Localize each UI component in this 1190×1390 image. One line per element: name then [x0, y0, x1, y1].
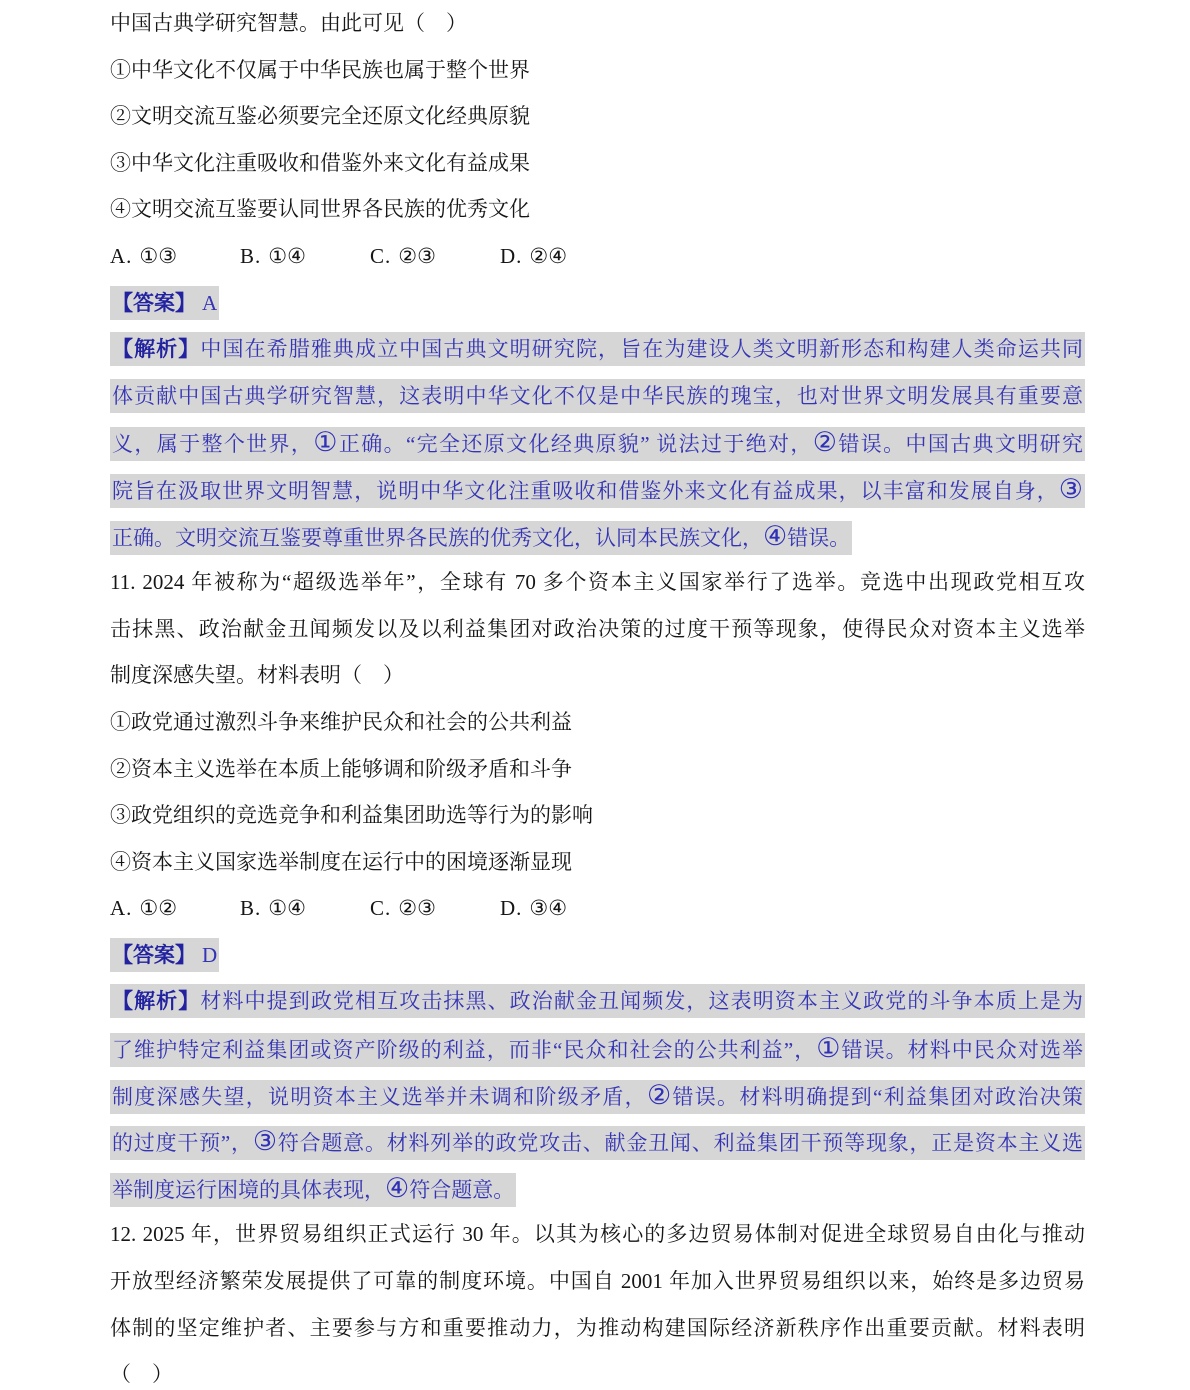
q11-answer-line: 【答案】D	[110, 932, 1085, 979]
q10-analysis-line-2: 体贡献中国古典学研究智慧，这表明中华文化不仅是中华民族的瑰宝，也对世界文明发展具…	[110, 373, 1085, 420]
choice-value: ③④	[522, 896, 567, 920]
analysis-highlight: 【解析】中国在希腊雅典成立中国古典文明研究院，旨在为建设人类文明新形态和构建人类…	[110, 332, 1085, 366]
q10-choice-d: D.②④	[500, 233, 567, 280]
analysis-highlight: 正确。文明交流互鉴要尊重世界各民族的优秀文化，认同本民族文化，④错误。	[110, 521, 852, 555]
q11-analysis-line-4: 的过度干预”，③符合题意。材料列举的政党攻击、献金丑闻、利益集团干预等现象，正是…	[110, 1118, 1085, 1165]
question-10-block: 中国古典学研究智慧。由此可见（ ） ①中华文化不仅属于中华民族也属于整个世界 ②…	[110, 0, 1085, 559]
q11-stem-line-2: 击抹黑、政治献金丑闻频发以及以利益集团对政治决策的过度干预等现象，使得民众对资本…	[110, 606, 1085, 653]
q10-option-4: ④文明交流互鉴要认同世界各民族的优秀文化	[110, 186, 1085, 233]
q11-choice-a: A.①②	[110, 885, 240, 932]
choice-letter: D.	[500, 896, 522, 920]
answer-value: A	[196, 291, 217, 315]
q11-analysis-line-2: 了维护特定利益集团或资产阶级的利益，而非“民众和社会的公共利益”，①错误。材料中…	[110, 1025, 1085, 1072]
circled-digit: ①	[816, 1033, 841, 1063]
q10-analysis-line-5: 正确。文明交流互鉴要尊重世界各民族的优秀文化，认同本民族文化，④错误。	[110, 513, 1085, 560]
q11-analysis-line-5: 举制度运行困境的具体表现，④符合题意。	[110, 1165, 1085, 1212]
q11-choice-b: B.①④	[240, 885, 370, 932]
q12-stem-line-1: 12. 2025 年，世界贸易组织正式运行 30 年。以其为核心的多边贸易体制对…	[110, 1211, 1085, 1258]
q11-option-3: ③政党组织的竞选竞争和利益集团助选等行为的影响	[110, 792, 1085, 839]
q12-stem-line-3: 体制的坚定维护者、主要参与方和重要推动力，为推动构建国际经济新秩序作出重要贡献。…	[110, 1305, 1085, 1352]
choice-value: ①③	[132, 244, 177, 268]
analysis-text: 中国在希腊雅典成立中国古典文明研究院，旨在为建设人类文明新形态和构建人类命运共同	[200, 337, 1083, 361]
q12-stem-line-2: 开放型经济繁荣发展提供了可靠的制度环境。中国自 2001 年加入世界贸易组织以来…	[110, 1258, 1085, 1305]
q10-stem-line: 中国古典学研究智慧。由此可见（ ）	[110, 0, 1085, 47]
analysis-label: 【解析】	[112, 337, 200, 361]
analysis-highlight: 义，属于整个世界，①正确。“完全还原文化经典原貌” 说法过于绝对，②错误。中国古…	[110, 427, 1085, 461]
circled-digit: ①	[313, 427, 339, 457]
analysis-highlight: 【解析】材料中提到政党相互攻击抹黑、政治献金丑闻频发，这表明资本主义政党的斗争本…	[110, 984, 1085, 1018]
analysis-highlight: 的过度干预”，③符合题意。材料列举的政党攻击、献金丑闻、利益集团干预等现象，正是…	[110, 1126, 1085, 1160]
choice-value: ①④	[261, 896, 306, 920]
q10-option-1: ①中华文化不仅属于中华民族也属于整个世界	[110, 47, 1085, 94]
answer-highlight: 【答案】A	[110, 286, 219, 320]
answer-highlight: 【答案】D	[110, 938, 219, 972]
analysis-highlight: 制度深感失望，说明资本主义选举并未调和阶级矛盾，②错误。材料明确提到“利益集团对…	[110, 1080, 1085, 1114]
circled-digit: ④	[385, 1173, 409, 1203]
choice-letter: B.	[240, 244, 261, 268]
choice-value: ②④	[522, 244, 567, 268]
choice-letter: D.	[500, 244, 522, 268]
analysis-text: 院旨在汲取世界文明智慧，说明中华文化注重吸收和借鉴外来文化有益成果，以丰富和发展…	[112, 479, 1083, 503]
choice-letter: A.	[110, 244, 132, 268]
analysis-text: 的过度干预”，③符合题意。材料列举的政党攻击、献金丑闻、利益集团干预等现象，正是…	[112, 1131, 1083, 1155]
analysis-highlight: 院旨在汲取世界文明智慧，说明中华文化注重吸收和借鉴外来文化有益成果，以丰富和发展…	[110, 474, 1085, 508]
q11-stem-line-3: 制度深感失望。材料表明（ ）	[110, 652, 1085, 699]
choice-letter: B.	[240, 896, 261, 920]
q10-analysis-line-3: 义，属于整个世界，①正确。“完全还原文化经典原貌” 说法过于绝对，②错误。中国古…	[110, 419, 1085, 466]
analysis-text: 举制度运行困境的具体表现，④符合题意。	[112, 1178, 514, 1202]
analysis-highlight: 了维护特定利益集团或资产阶级的利益，而非“民众和社会的公共利益”，①错误。材料中…	[110, 1033, 1085, 1067]
choice-value: ①④	[261, 244, 306, 268]
analysis-label: 【解析】	[112, 989, 200, 1013]
analysis-text: 体贡献中国古典学研究智慧，这表明中华文化不仅是中华民族的瑰宝，也对世界文明发展具…	[112, 384, 1083, 408]
answer-label: 【答案】	[112, 291, 196, 315]
exam-answer-document: 中国古典学研究智慧。由此可见（ ） ①中华文化不仅属于中华民族也属于整个世界 ②…	[0, 0, 1190, 1390]
question-11-block: 11. 2024 年被称为“超级选举年”，全球有 70 多个资本主义国家举行了选…	[110, 559, 1085, 1211]
circled-digit: ③	[253, 1126, 278, 1156]
q10-option-2: ②文明交流互鉴必须要完全还原文化经典原貌	[110, 93, 1085, 140]
q10-analysis-line-4: 院旨在汲取世界文明智慧，说明中华文化注重吸收和借鉴外来文化有益成果，以丰富和发展…	[110, 466, 1085, 513]
analysis-highlight: 举制度运行困境的具体表现，④符合题意。	[110, 1173, 516, 1207]
q10-answer-line: 【答案】A	[110, 280, 1085, 327]
q11-option-4: ④资本主义国家选举制度在运行中的困境逐渐显现	[110, 839, 1085, 886]
answer-label: 【答案】	[112, 943, 196, 967]
q10-choices-row: A.①③B.①④C.②③D.②④	[110, 233, 1085, 280]
circled-digit: ③	[1059, 474, 1083, 504]
q11-option-2: ②资本主义选举在本质上能够调和阶级矛盾和斗争	[110, 746, 1085, 793]
choice-value: ①②	[132, 896, 177, 920]
analysis-text: 了维护特定利益集团或资产阶级的利益，而非“民众和社会的公共利益”，①错误。材料中…	[112, 1038, 1083, 1062]
analysis-text: 义，属于整个世界，①正确。“完全还原文化经典原貌” 说法过于绝对，②错误。中国古…	[112, 432, 1083, 456]
q10-analysis-line-1: 【解析】中国在希腊雅典成立中国古典文明研究院，旨在为建设人类文明新形态和构建人类…	[110, 326, 1085, 373]
analysis-text: 材料中提到政党相互攻击抹黑、政治献金丑闻频发，这表明资本主义政党的斗争本质上是为	[200, 989, 1083, 1013]
choice-letter: C.	[370, 896, 391, 920]
answer-value: D	[196, 943, 217, 967]
q10-choice-b: B.①④	[240, 233, 370, 280]
q11-choice-c: C.②③	[370, 885, 500, 932]
choice-letter: C.	[370, 244, 391, 268]
q11-stem-line-1: 11. 2024 年被称为“超级选举年”，全球有 70 多个资本主义国家举行了选…	[110, 559, 1085, 606]
analysis-text: 制度深感失望，说明资本主义选举并未调和阶级矛盾，②错误。材料明确提到“利益集团对…	[112, 1085, 1083, 1109]
q12-stem-line-4: （ ）	[110, 1351, 1085, 1390]
choice-letter: A.	[110, 896, 132, 920]
q11-analysis-line-1: 【解析】材料中提到政党相互攻击抹黑、政治献金丑闻频发，这表明资本主义政党的斗争本…	[110, 978, 1085, 1025]
analysis-highlight: 体贡献中国古典学研究智慧，这表明中华文化不仅是中华民族的瑰宝，也对世界文明发展具…	[110, 379, 1085, 413]
q11-choice-d: D.③④	[500, 885, 567, 932]
circled-digit: ④	[763, 521, 787, 551]
circled-digit: ②	[647, 1080, 673, 1110]
analysis-text: 正确。文明交流互鉴要尊重世界各民族的优秀文化，认同本民族文化，④错误。	[112, 526, 850, 550]
q10-choice-c: C.②③	[370, 233, 500, 280]
question-12-block: 12. 2025 年，世界贸易组织正式运行 30 年。以其为核心的多边贸易体制对…	[110, 1211, 1085, 1390]
choice-value: ②③	[391, 244, 436, 268]
circled-digit: ②	[813, 427, 839, 457]
q11-analysis-line-3: 制度深感失望，说明资本主义选举并未调和阶级矛盾，②错误。材料明确提到“利益集团对…	[110, 1072, 1085, 1119]
q11-option-1: ①政党通过激烈斗争来维护民众和社会的公共利益	[110, 699, 1085, 746]
q10-option-3: ③中华文化注重吸收和借鉴外来文化有益成果	[110, 140, 1085, 187]
q11-choices-row: A.①②B.①④C.②③D.③④	[110, 885, 1085, 932]
choice-value: ②③	[391, 896, 436, 920]
q10-choice-a: A.①③	[110, 233, 240, 280]
